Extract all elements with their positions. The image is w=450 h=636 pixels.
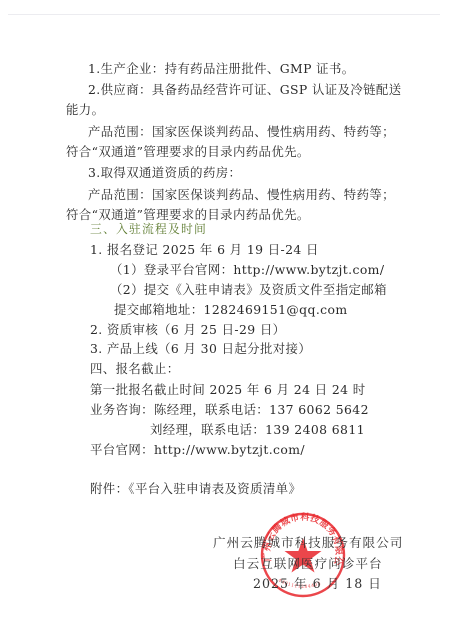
product-scope-2: 产品范围：国家医保谈判药品、慢性病用药、特药等； [88, 187, 395, 203]
step-3: 3. 产品上线（6 月 30 日起分批对接） [90, 341, 311, 357]
req-item-2-cont: 能力。 [66, 102, 104, 118]
section-3-heading: 三、入驻流程及时间 [90, 221, 207, 237]
contact-1: 业务咨询：陈经理，联系电话：137 6062 5642 [90, 402, 369, 418]
req-item-1: 1.生产企业：持有药品注册批件、GMP 证书。 [88, 61, 355, 77]
signature-date: 2025 年 6 月 18 日 [253, 576, 382, 592]
step-2: 2. 资质审核（6 月 25 日-29 日） [90, 322, 285, 338]
product-scope-1: 产品范围：国家医保谈判药品、慢性病用药、特药等； [88, 124, 395, 140]
contact-2: 刘经理，联系电话：139 2408 6811 [150, 422, 365, 438]
req-item-2: 2.供应商：具备药品经营许可证、GSP 认证及冷链配送 [88, 82, 402, 98]
website: 平台官网：http://www.bytzjt.com/ [90, 442, 305, 458]
step-1: 1. 报名登记 2025 年 6 月 19 日-24 日 [90, 242, 319, 258]
step-1-sub-2: （2）提交《入驻申请表》及资质文件至指定邮箱 [110, 282, 387, 298]
step-1-sub-1: （1）登录平台官网：http://www.bytzjt.com/ [110, 262, 384, 278]
signature-platform: 白云互联网医疗问诊平台 [233, 556, 383, 572]
step-1-sub-3-email: 提交邮箱地址：1282469151@qq.com [114, 302, 348, 318]
req-item-3: 3.取得双通道资质的药房： [88, 165, 241, 181]
signature-company: 广州云腾城市科技服务有限公司 [213, 535, 403, 551]
section-4-heading: 四、报名截止： [90, 361, 180, 377]
page-top-divider [8, 14, 440, 15]
attachment: 附件：《平台入驻申请表及资质清单》 [90, 481, 301, 497]
product-scope-1-cont: 符合“双通道”管理要求的目录内药品优先。 [66, 144, 310, 160]
deadline: 第一批报名截止时间 2025 年 6 月 24 日 24 时 [90, 382, 366, 398]
